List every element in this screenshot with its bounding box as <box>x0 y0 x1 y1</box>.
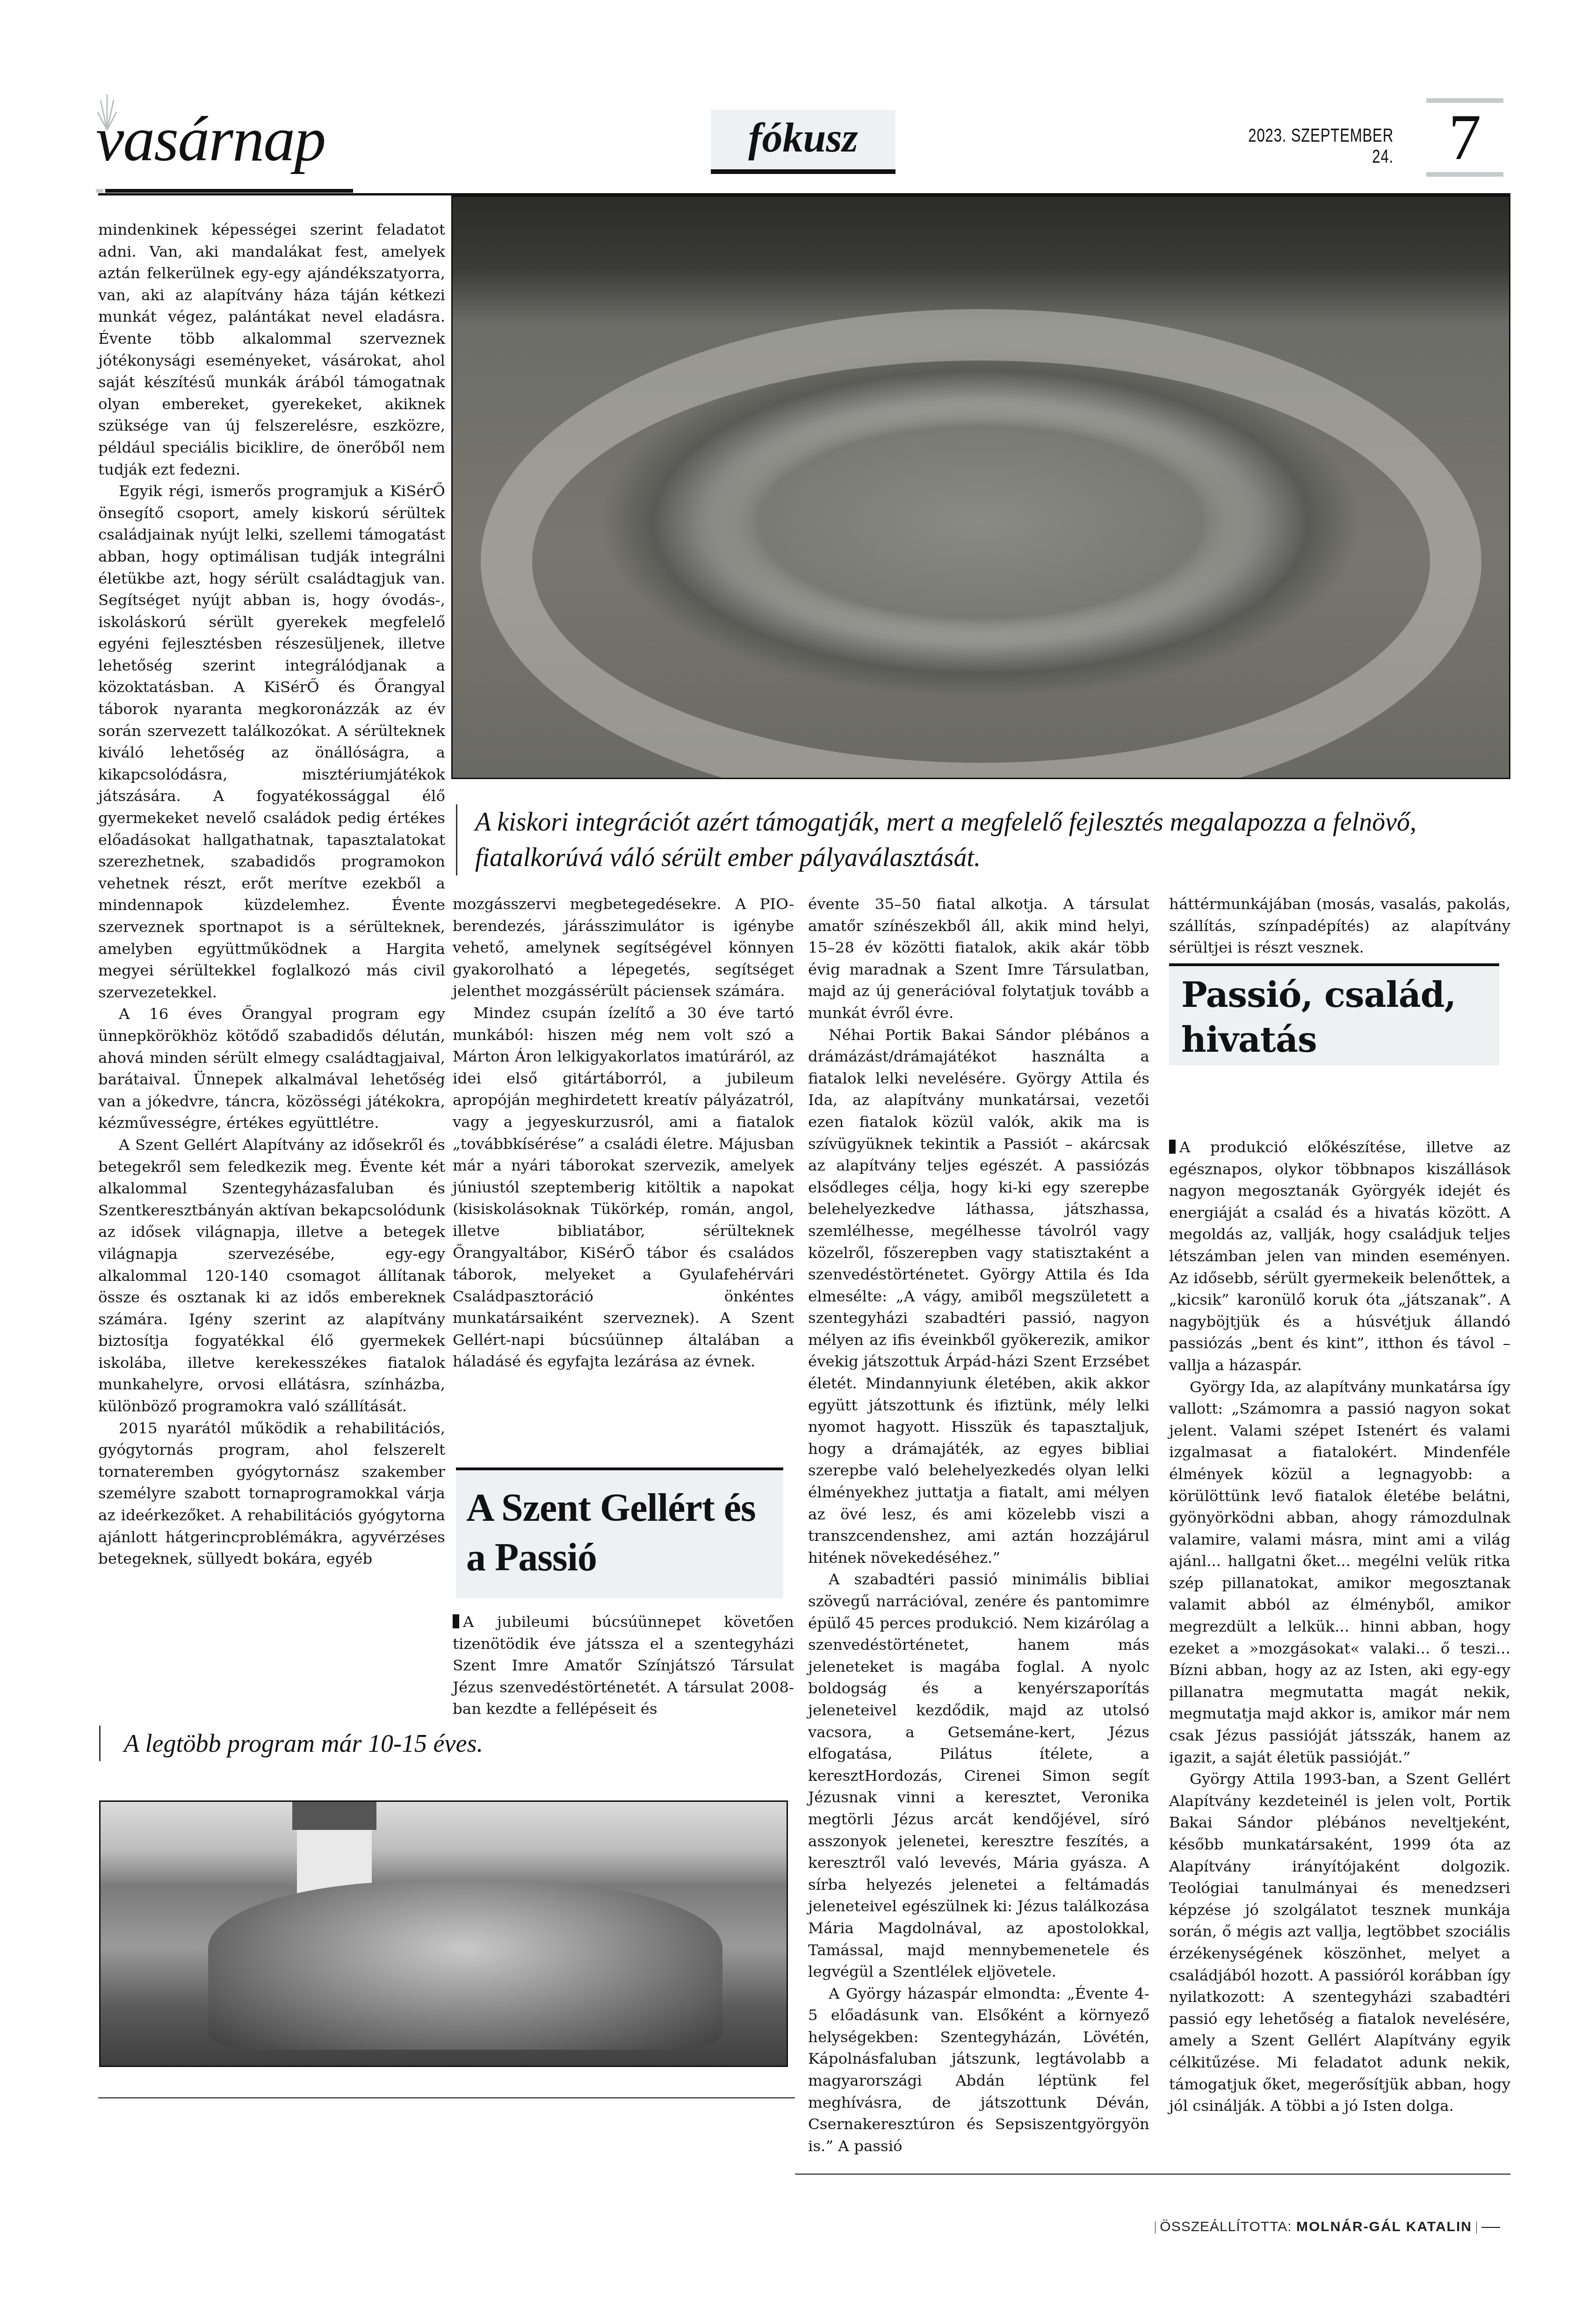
paragraph: évente 35–50 fiatal alkotja. A társulat … <box>808 893 1149 1024</box>
page-number: 7 <box>1426 105 1503 170</box>
paragraph: Mindez csupán ízelítő a 30 éve tartó mun… <box>453 1002 794 1373</box>
page-number-bottom-bar <box>1426 172 1503 177</box>
byline-tick-right <box>1476 2221 1477 2233</box>
column-bottom-rule-right <box>795 2174 1510 2175</box>
paragraph: A György házaspár elmondta: „Évente 4-5 … <box>808 1983 1149 2157</box>
masthead-underline-accent <box>96 189 103 193</box>
byline-author: MOLNÁR-GÁL KATALIN <box>1296 2219 1472 2234</box>
paragraph: háttérmunkájában (mosás, vasalás, pakolá… <box>1169 893 1510 959</box>
subheading-box-2: Passió, család, hivatás <box>1169 963 1499 1065</box>
photo-caption-top: A kiskori integrációt azért támogatják, … <box>456 804 1513 875</box>
article-column-1: mindenkinek képességei szerint feladatot… <box>98 219 445 1570</box>
masthead-logo[interactable]: vasárnap <box>96 89 358 196</box>
paragraph: mozgásszervi megbetegedésekre. A PIO-ber… <box>453 893 794 1002</box>
masthead-title: vasárnap <box>96 108 325 171</box>
paragraph: A 16 éves Őrangyal program egy ünnepkörö… <box>98 1003 445 1134</box>
issue-date: 2023. SZEPTEMBER 24. <box>1226 125 1394 167</box>
byline-dash <box>1481 2227 1500 2228</box>
article-column-4: háttérmunkájában (mosás, vasalás, pakolá… <box>1169 893 1510 959</box>
paragraph: 2015 nyarától működik a rehabilitációs, … <box>98 1417 445 1570</box>
paragraph-lead: A produkció előkészítése, illetve az egé… <box>1169 1136 1510 1376</box>
photo-group-wheelchairs[interactable] <box>99 1800 788 2067</box>
byline: ÖSSZEÁLLÍTOTTA: MOLNÁR-GÁL KATALIN <box>1155 2219 1510 2235</box>
byline-tick-left <box>1155 2221 1155 2233</box>
paragraph: György Ida, az alapítvány munkatársa így… <box>1169 1376 1510 1769</box>
section-label-box: fókusz <box>711 110 895 171</box>
subheading: A Szent Gellért és a Passió <box>466 1483 773 1583</box>
subheading-box-1: A Szent Gellért és a Passió <box>456 1467 783 1598</box>
article-column-3: évente 35–50 fiatal alkotja. A társulat … <box>808 893 1149 2157</box>
photo-children-circle-ring <box>481 309 1481 779</box>
paragraph: A Szent Gellért Alapítvány az idősekről … <box>98 1134 445 1417</box>
byline-label: ÖSSZEÁLLÍTOTTA: <box>1160 2219 1292 2234</box>
section-label: fókusz <box>711 115 895 162</box>
article-column-2-continued: A jubileumi búcsúünnepet követően tizenö… <box>453 1611 794 1720</box>
paragraph: Egyik régi, ismerős programjuk a KiSérŐ … <box>98 480 445 1003</box>
paragraph-lead: A jubileumi búcsúünnepet követően tizenö… <box>453 1611 794 1720</box>
article-column-2: mozgásszervi megbetegedésekre. A PIO-ber… <box>453 893 794 1373</box>
article-column-4-continued: A produkció előkészítése, illetve az egé… <box>1169 1136 1510 2117</box>
subheading: Passió, család, hivatás <box>1181 973 1487 1062</box>
photo-crowd-shape <box>208 1881 722 2050</box>
paragraph: A szabadtéri passió minimális bibliai sz… <box>808 1568 1149 1982</box>
photo-caption-bottom: A legtöbb program már 10-15 éves. <box>99 1726 754 1761</box>
masthead-underline <box>105 189 353 193</box>
paragraph: György Attila 1993-ban, a Szent Gellért … <box>1169 1768 1510 2117</box>
section-label-bar <box>711 169 895 174</box>
column-bottom-rule-left <box>98 2097 795 2098</box>
paragraph: mindenkinek képességei szerint feladatot… <box>98 219 445 480</box>
photo-roof-shape <box>292 1802 376 1830</box>
paragraph: Néhai Portik Bakai Sándor plébános a drá… <box>808 1024 1149 1569</box>
photo-children-circle[interactable] <box>451 195 1510 779</box>
